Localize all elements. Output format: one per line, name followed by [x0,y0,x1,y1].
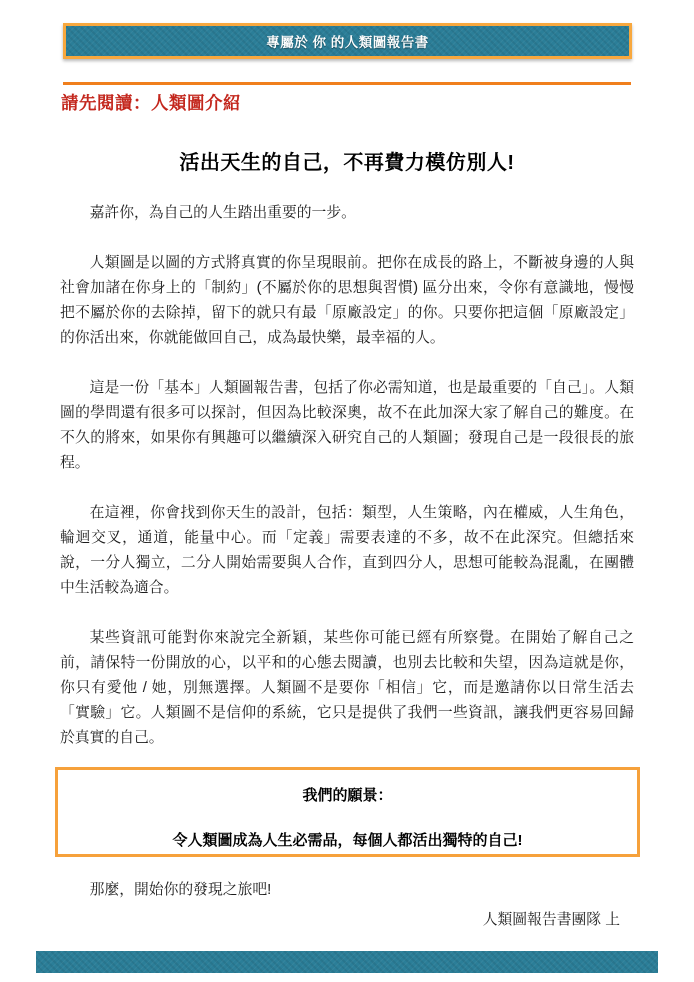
closing-line: 那麼，開始你的發現之旅吧! [60,878,634,903]
orange-divider-line [63,82,631,85]
body-paragraph-1: 嘉許你，為自己的人生踏出重要的一步。 [60,201,634,226]
vision-box: 我們的願景： 令人類圖成為人生必需品，每個人都活出獨特的自己! [55,767,640,857]
section-heading: 請先閱讀：人類圖介紹 [61,90,241,115]
body-text: 嘉許你，為自己的人生踏出重要的一步。 人類圖是以圖的方式將真實的你呈現眼前。把你… [60,201,634,776]
body-paragraph-5: 某些資訊可能對你來說完全新穎，某些你可能已經有所察覺。在開始了解自己之前，請保特… [60,626,634,751]
body-paragraph-2: 人類圖是以圖的方式將真實的你呈現眼前。把你在成長的路上，不斷被身邊的人與社會加諸… [60,251,634,351]
body-paragraph-4: 在這裡，你會找到你天生的設計，包括：類型，人生策略，內在權威，人生角色，輪迴交叉… [60,501,634,601]
top-banner: 專屬於 你 的人類圖報告書 [63,23,632,59]
vision-statement: 令人類圖成為人生必需品，每個人都活出獨特的自己! [58,829,637,850]
vision-heading: 我們的願景： [58,784,637,805]
signoff: 人類圖報告書團隊 上 [483,908,620,933]
footer-bar [36,951,658,973]
body-paragraph-3: 這是一份「基本」人類圖報告書，包括了你必需知道，也是最重要的「自己」。人類圖的學… [60,376,634,476]
banner-title: 專屬於 你 的人類圖報告書 [266,31,429,51]
page-title: 活出天生的自己，不再費力模仿別人! [0,146,694,175]
report-page: 專屬於 你 的人類圖報告書 請先閱讀：人類圖介紹 活出天生的自己，不再費力模仿別… [0,0,694,982]
